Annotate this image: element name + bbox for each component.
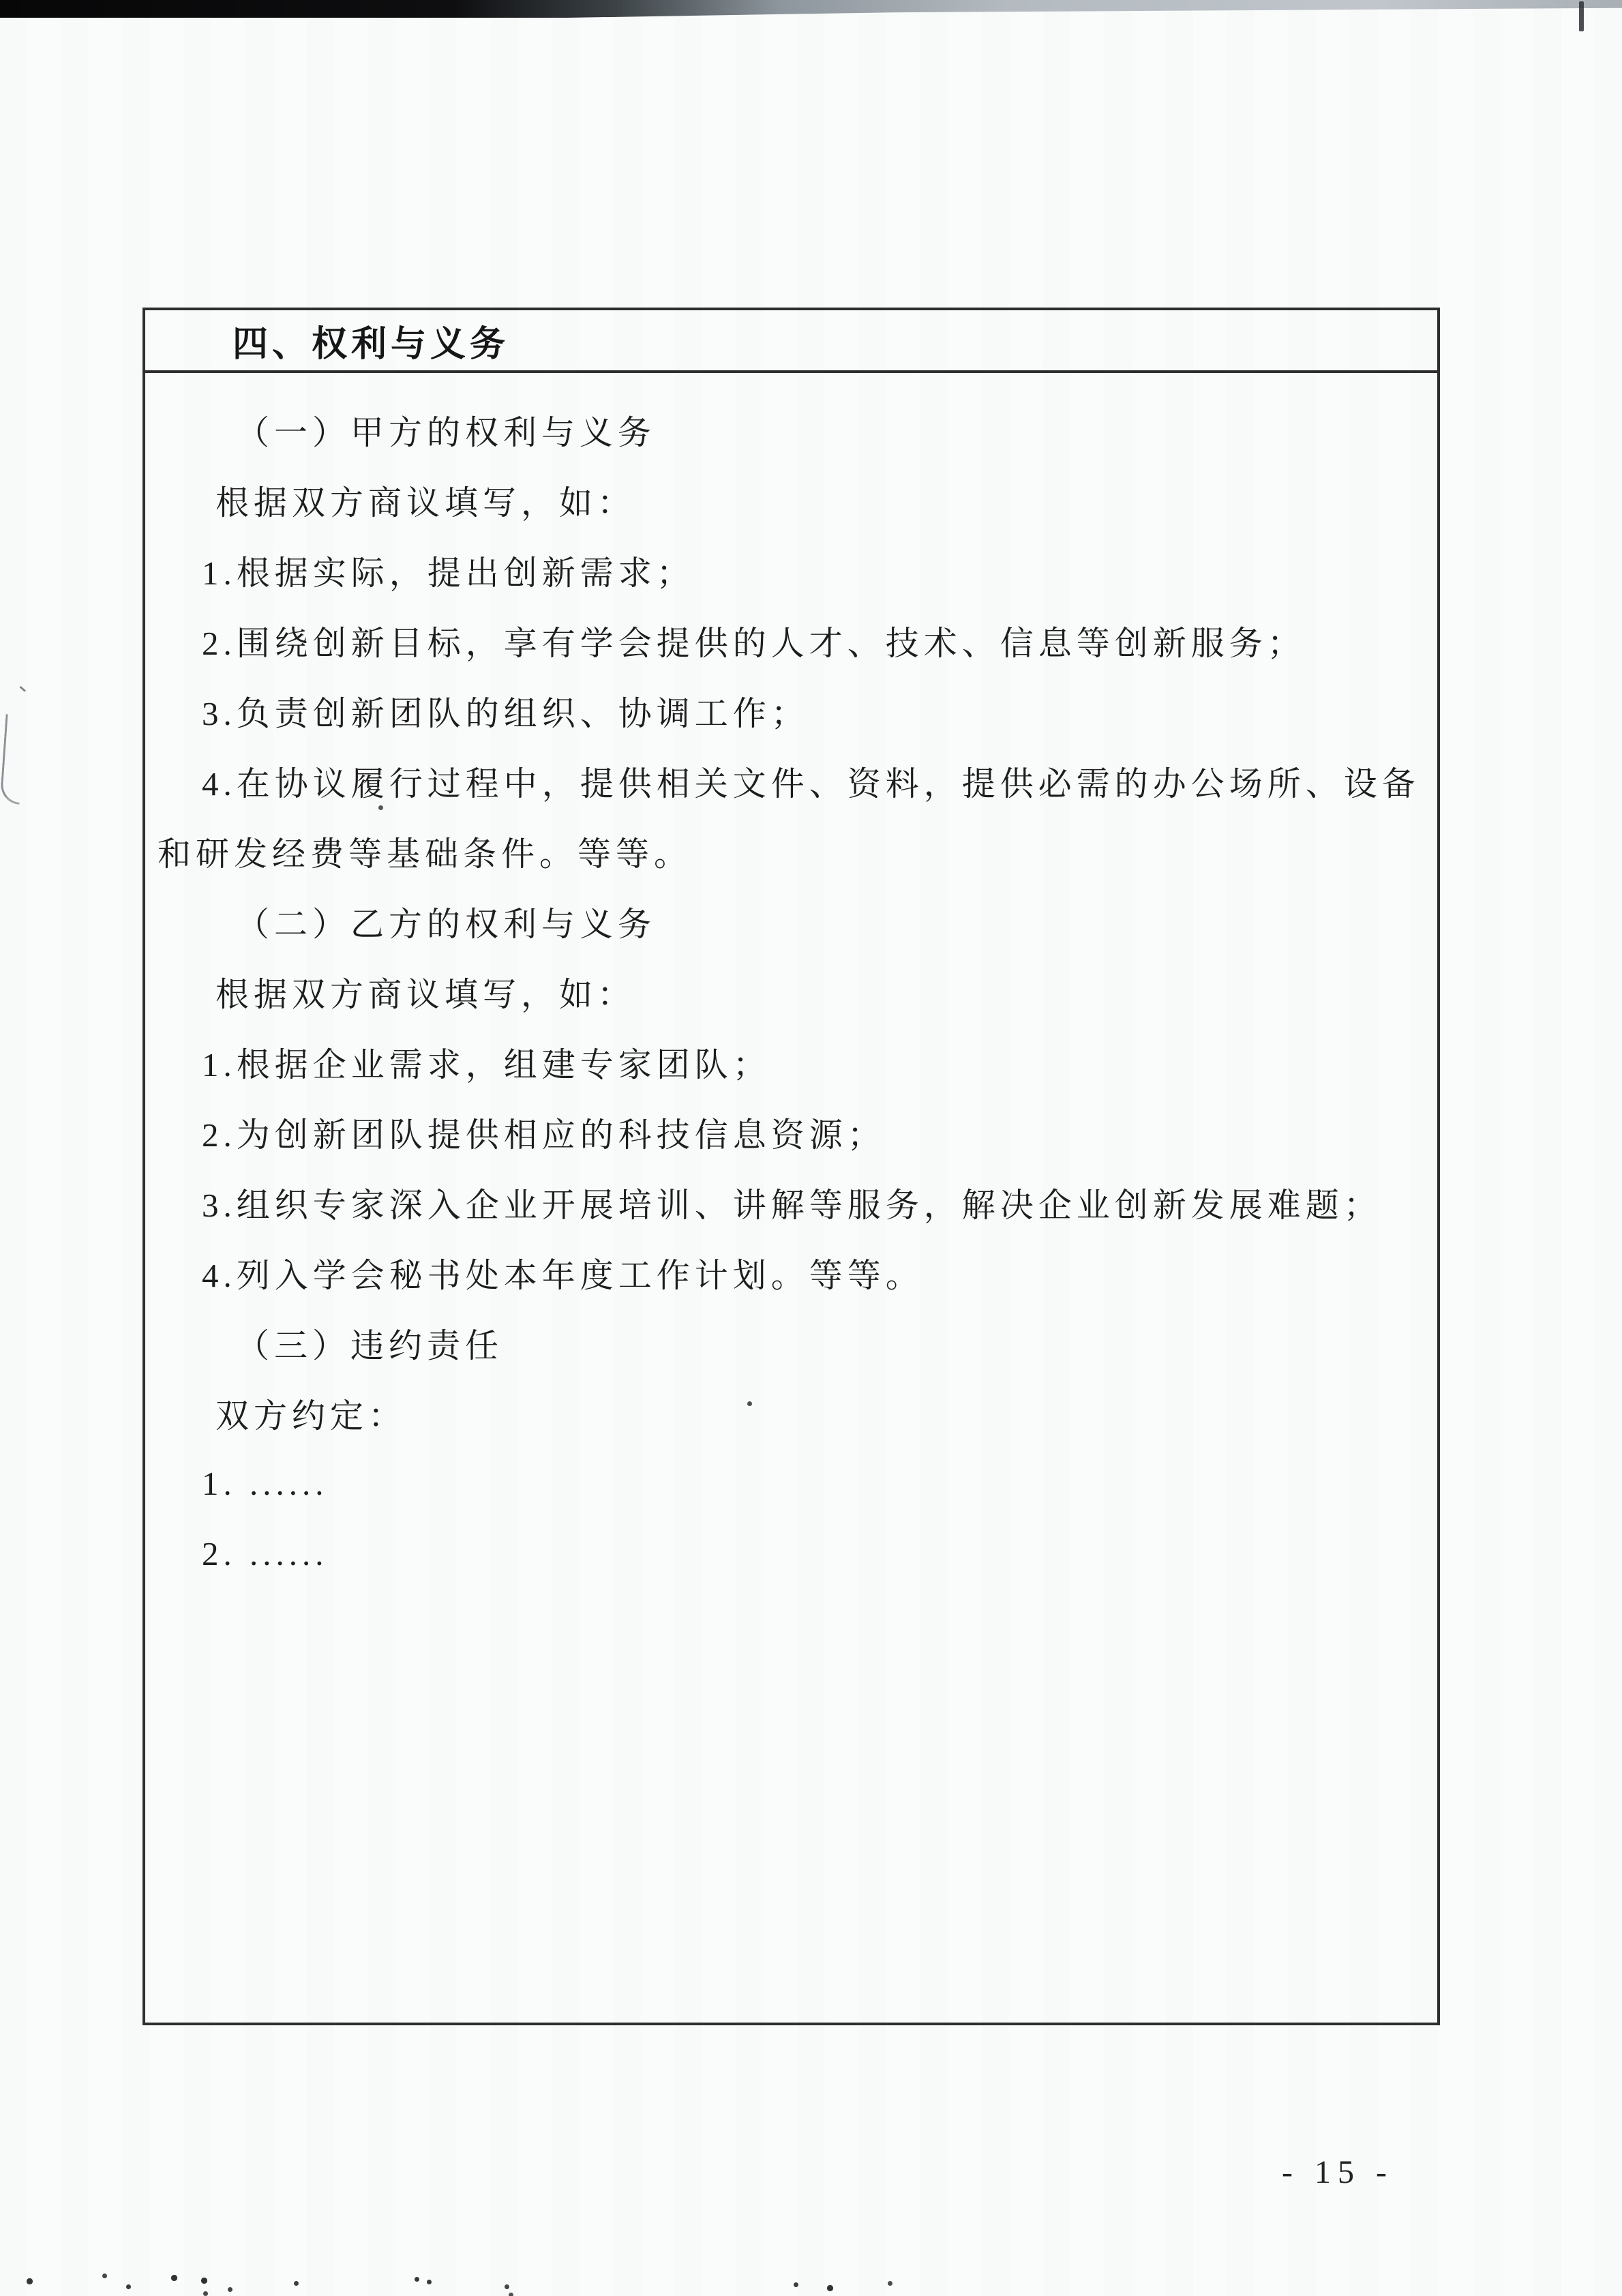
contract-text-line: 2.为创新团队提供相应的科技信息资源； <box>145 1097 1437 1167</box>
contract-text-line: 和研发经费等基础条件。等等。 <box>145 816 1437 886</box>
contract-text-line: 1. ...... <box>145 1448 1437 1519</box>
scanned-document-page: 四、权利与义务 （一）甲方的权利与义务根据双方商议填写，如：1.根据实际，提出创… <box>0 0 1622 2296</box>
margin-pen-mark-artifact <box>0 714 26 805</box>
contract-text-line: 根据双方商议填写，如： <box>145 957 1437 1027</box>
contract-text-line: 双方约定： <box>145 1378 1437 1448</box>
contract-text-line: 1.根据实际，提出创新需求； <box>145 535 1437 606</box>
scanner-edge-artifact <box>0 0 1622 18</box>
contract-text-line: 4.在协议履行过程中，提供相关文件、资料，提供必需的办公场所、设备 <box>145 746 1437 816</box>
section-header-row: 四、权利与义务 <box>145 310 1437 373</box>
contract-text-line: 1.根据企业需求，组建专家团队； <box>145 1027 1437 1097</box>
contract-text-line: （三）违约责任 <box>145 1308 1437 1378</box>
contract-text-line: （一）甲方的权利与义务 <box>145 395 1437 465</box>
contract-text-line: 根据双方商议填写，如： <box>145 465 1437 535</box>
contract-text-line: 2.围绕创新目标，享有学会提供的人才、技术、信息等创新服务； <box>145 606 1437 676</box>
contract-text-line: 4.列入学会秘书处本年度工作计划。等等。 <box>145 1238 1437 1308</box>
section-body: （一）甲方的权利与义务根据双方商议填写，如：1.根据实际，提出创新需求；2.围绕… <box>145 373 1437 1589</box>
contract-text-line: 3.组织专家深入企业开展培训、讲解等服务，解决企业创新发展难题； <box>145 1167 1437 1238</box>
scan-speck-artifacts <box>0 0 2 2</box>
contract-text-line: 3.负责创新团队的组织、协调工作； <box>145 676 1437 746</box>
section-header-title: 四、权利与义务 <box>232 315 509 366</box>
rights-obligations-section-box: 四、权利与义务 （一）甲方的权利与义务根据双方商议填写，如：1.根据实际，提出创… <box>142 308 1440 2025</box>
page-number: - 15 - <box>1282 2153 1394 2191</box>
scanner-edge-tick-artifact <box>1579 1 1584 31</box>
contract-text-line: 2. ...... <box>145 1519 1437 1589</box>
contract-text-line: （二）乙方的权利与义务 <box>145 886 1437 957</box>
